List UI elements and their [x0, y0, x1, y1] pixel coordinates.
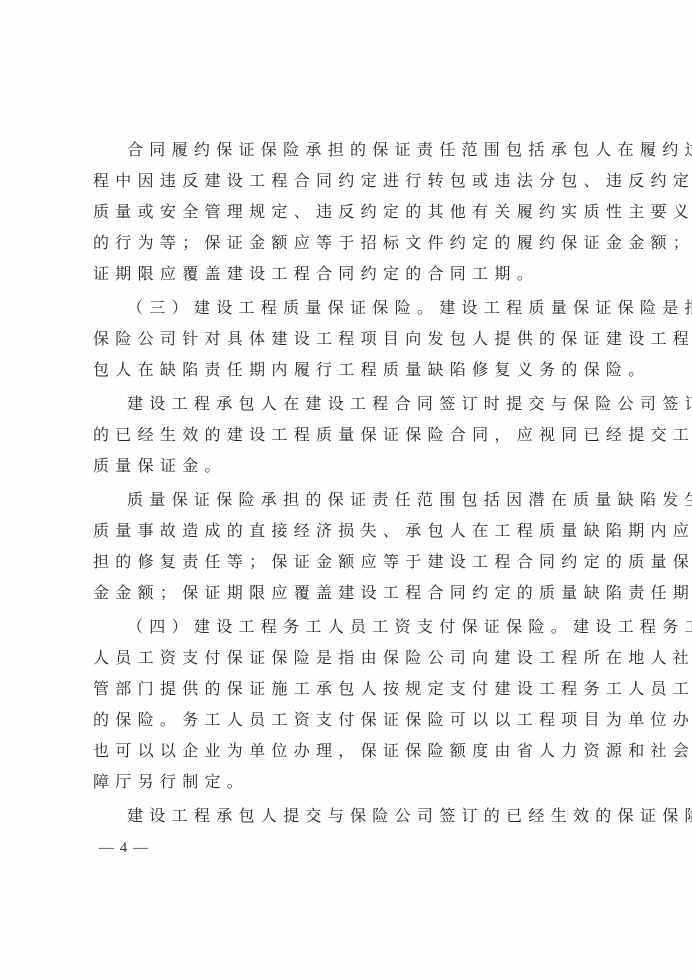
- text-line: 的保险。务工人员工资支付保证保险可以以工程项目为单位办理，: [93, 704, 593, 735]
- paragraph-quality-guarantee-scope: 质量保证保险承担的保证责任范围包括因潜在质量缺陷发生 质量事故造成的直接经济损失…: [93, 484, 593, 608]
- text-line: 保险公司针对具体建设工程项目向发包人提供的保证建设工程承: [93, 323, 593, 354]
- section-heading-line: （四）建设工程务工人员工资支付保证保险。建设工程务工: [93, 611, 593, 642]
- text-line: 障厅另行制定。: [93, 766, 593, 797]
- paragraph-performance-bond-scope: 合同履约保证保险承担的保证责任范围包括承包人在履约过 程中因违反建设工程合同约定…: [93, 134, 593, 289]
- text-line: 的已经生效的建设工程质量保证保险合同，应视同已经提交工程: [93, 419, 593, 450]
- paragraph-quality-deposit-equivalence: 建设工程承包人在建设工程合同签订时提交与保险公司签订 的已经生效的建设工程质量保…: [93, 388, 593, 481]
- text-line: 担的修复责任等；保证金额应等于建设工程合同约定的质量保证: [93, 546, 593, 577]
- paragraph-quality-guarantee-insurance: （三）建设工程质量保证保险。建设工程质量保证保险是指 保险公司针对具体建设工程项…: [93, 292, 593, 385]
- text-line: 质量保证金。: [93, 450, 593, 481]
- text-line: 的行为等；保证金额应等于招标文件约定的履约保证金金额；保: [93, 227, 593, 258]
- text-line: 证期限应覆盖建设工程合同约定的合同工期。: [93, 258, 593, 289]
- section-heading-line: （三）建设工程质量保证保险。建设工程质量保证保险是指: [93, 292, 593, 323]
- text-line: 也可以以企业为单位办理，保证保险额度由省人力资源和社会保: [93, 735, 593, 766]
- text-line: 质量事故造成的直接经济损失、承包人在工程质量缺陷期内应承: [93, 515, 593, 546]
- page-number: — 4 —: [99, 840, 149, 857]
- paragraph-wage-payment-insurance: （四）建设工程务工人员工资支付保证保险。建设工程务工 人员工资支付保证保险是指由…: [93, 611, 593, 797]
- text-line: 质量或安全管理规定、违反约定的其他有关履约实质性主要义务: [93, 196, 593, 227]
- text-line: 管部门提供的保证施工承包人按规定支付建设工程务工人员工资: [93, 673, 593, 704]
- text-line: 建设工程承包人在建设工程合同签订时提交与保险公司签订: [93, 388, 593, 419]
- text-line: 建设工程承包人提交与保险公司签订的已经生效的保证保险: [93, 800, 593, 831]
- paragraph-guarantee-submission: 建设工程承包人提交与保险公司签订的已经生效的保证保险: [93, 800, 593, 831]
- text-line: 质量保证保险承担的保证责任范围包括因潜在质量缺陷发生: [93, 484, 593, 515]
- text-line: 金金额；保证期限应覆盖建设工程合同约定的质量缺陷责任期。: [93, 577, 593, 608]
- text-line: 包人在缺陷责任期内履行工程质量缺陷修复义务的保险。: [93, 354, 593, 385]
- text-line: 程中因违反建设工程合同约定进行转包或违法分包、违反约定的: [93, 165, 593, 196]
- document-page: 合同履约保证保险承担的保证责任范围包括承包人在履约过 程中因违反建设工程合同约定…: [0, 0, 692, 979]
- text-line: 合同履约保证保险承担的保证责任范围包括承包人在履约过: [93, 134, 593, 165]
- text-line: 人员工资支付保证保险是指由保险公司向建设工程所在地人社主: [93, 642, 593, 673]
- document-body: 合同履约保证保险承担的保证责任范围包括承包人在履约过 程中因违反建设工程合同约定…: [93, 134, 593, 831]
